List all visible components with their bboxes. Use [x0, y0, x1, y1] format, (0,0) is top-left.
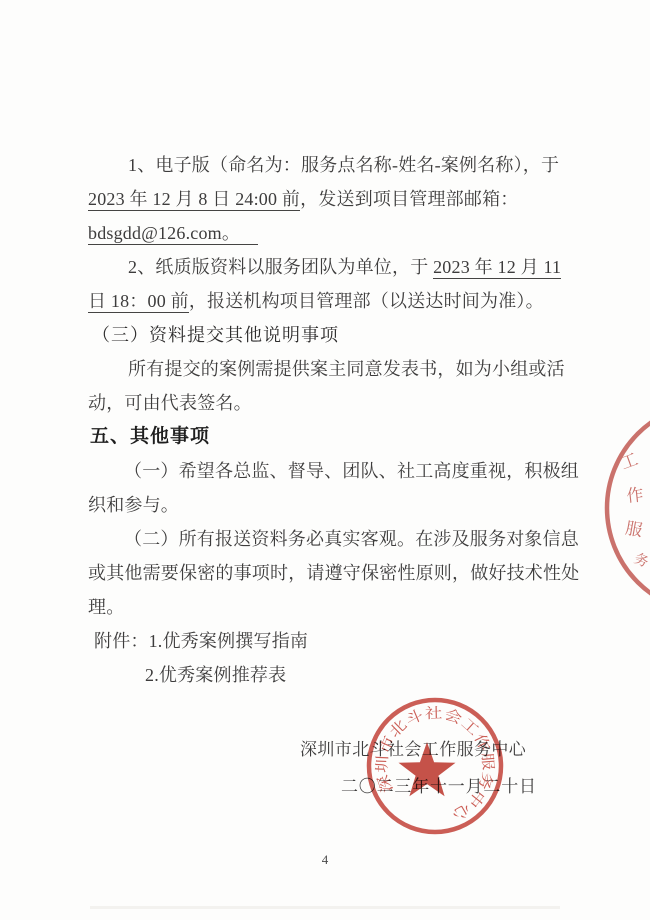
text-line: 或其他需要保密的事项时，请遵守保密性原则，做好技术性处 — [88, 556, 608, 590]
edge-seal-char: 服 — [624, 519, 644, 541]
edge-seal-char: 作 — [626, 485, 645, 506]
underlined-text: bdsgdd@126.com。 — [88, 223, 258, 245]
text-segment: 五、其他事项 — [90, 426, 210, 447]
text-segment: 附件：1.优秀案例撰写指南 — [94, 631, 308, 651]
text-segment: 动，可由代表签名。 — [88, 393, 252, 413]
edge-seal-char: 务 — [632, 551, 650, 571]
text-segment: 或其他需要保密的事项时，请遵守保密性原则，做好技术性处 — [88, 563, 579, 583]
text-line: （一）希望各总监、督导、团队、社工高度重视，积极组 — [88, 454, 608, 488]
underlined-text: 2023 年 12 月 11 — [433, 257, 561, 279]
document-body: 1、电子版（命名为：服务点名称-姓名-案例名称），于2023 年 12 月 8 … — [88, 148, 608, 692]
edge-seal-char: 工 — [618, 450, 640, 474]
text-line: （二）所有报送资料务必真实客观。在涉及服务对象信息 — [88, 522, 608, 556]
text-line: 动，可由代表签名。 — [88, 386, 608, 420]
text-segment: 理。 — [88, 597, 124, 617]
page-number: 4 — [0, 852, 650, 868]
text-line: 2023 年 12 月 8 日 24:00 前，发送到项目管理部邮箱： — [88, 182, 608, 216]
text-line: 五、其他事项 — [88, 420, 608, 454]
text-segment: 1、电子版（命名为：服务点名称-姓名-案例名称），于 — [128, 155, 559, 175]
text-segment: 2、纸质版资料以服务团队为单位，于 — [128, 257, 433, 277]
edge-seal-ring — [607, 403, 650, 613]
star-icon — [399, 742, 456, 796]
text-segment: 织和参与。 — [88, 495, 179, 515]
text-segment: （一）希望各总监、督导、团队、社工高度重视，积极组 — [124, 461, 579, 481]
text-line: 日 18：00 前，报送机构项目管理部（以送达时间为准）。 — [88, 284, 608, 318]
underlined-text: 日 18：00 前 — [88, 291, 189, 313]
text-line: 理。 — [88, 590, 608, 624]
text-segment: ，报送机构项目管理部（以送达时间为准）。 — [189, 291, 544, 311]
text-line: 附件：1.优秀案例撰写指南 — [88, 624, 608, 658]
scan-artifact — [90, 906, 560, 909]
text-line: 1、电子版（命名为：服务点名称-姓名-案例名称），于 — [88, 148, 608, 182]
text-segment: 2.优秀案例推荐表 — [145, 665, 286, 685]
document-page: 1、电子版（命名为：服务点名称-姓名-案例名称），于2023 年 12 月 8 … — [0, 0, 650, 920]
text-segment: （二）所有报送资料务必真实客观。在涉及服务对象信息 — [124, 529, 579, 549]
underlined-text: 2023 年 12 月 8 日 24:00 前 — [88, 189, 300, 211]
official-seal: 深圳市北斗社会工作服务中心 — [355, 690, 525, 855]
text-line: （三）资料提交其他说明事项 — [88, 318, 608, 352]
text-line: 所有提交的案例需提供案主同意发表书，如为小组或活 — [88, 352, 608, 386]
text-line: 2、纸质版资料以服务团队为单位，于 2023 年 12 月 11 — [88, 250, 608, 284]
text-segment: 所有提交的案例需提供案主同意发表书，如为小组或活 — [128, 359, 565, 379]
edge-seal-fragment: 工 作 服 务 — [595, 395, 650, 620]
text-segment: ，发送到项目管理部邮箱： — [300, 189, 518, 209]
text-line: bdsgdd@126.com。 — [88, 216, 608, 250]
text-line: 织和参与。 — [88, 488, 608, 522]
text-segment: （三）资料提交其他说明事项 — [92, 325, 339, 345]
text-line: 2.优秀案例推荐表 — [88, 658, 608, 692]
